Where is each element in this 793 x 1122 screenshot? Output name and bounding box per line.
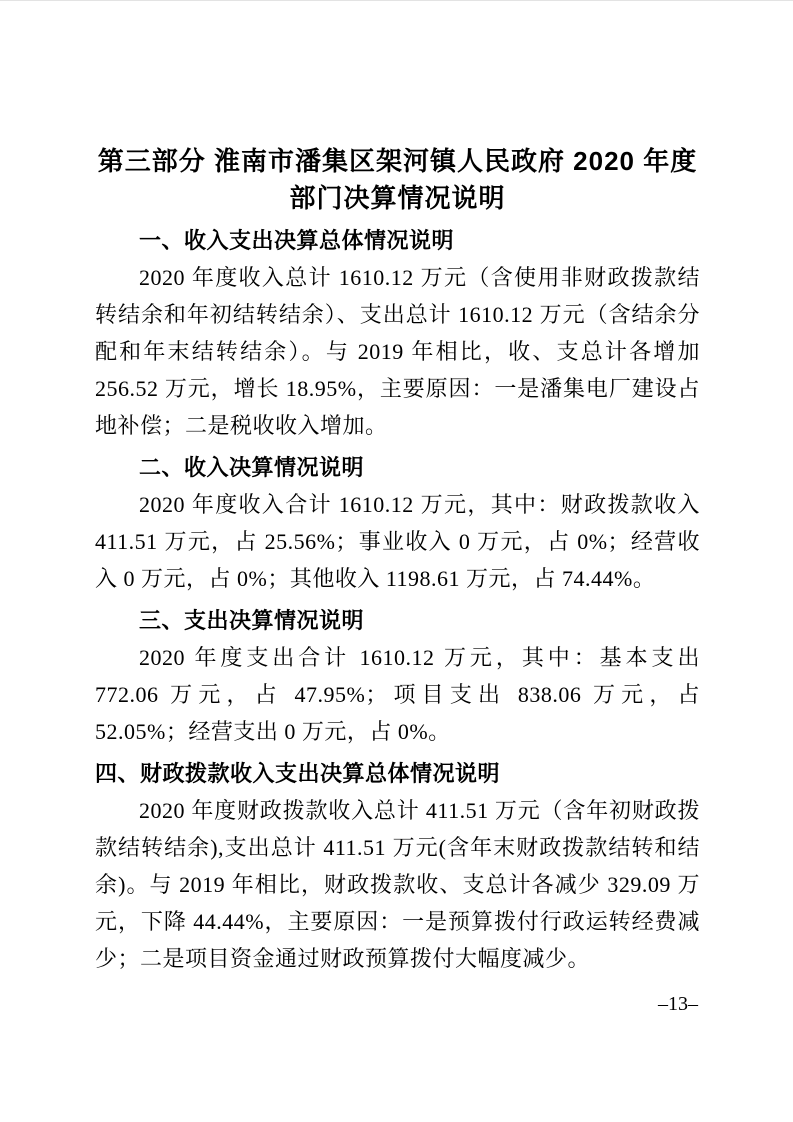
document-title: 第三部分 淮南市潘集区架河镇人民政府 2020 年度 部门决算情况说明	[95, 143, 700, 217]
section-2-heading: 二、收入决算情况说明	[95, 449, 700, 486]
section-4-paragraph: 2020 年度财政拨款收入总计 411.51 万元（含年初财政拨款结转结余),支…	[95, 792, 700, 977]
section-1-heading: 一、收入支出决算总体情况说明	[95, 222, 700, 259]
document-title-line2: 部门决算情况说明	[95, 180, 700, 217]
section-2-paragraph: 2020 年度收入合计 1610.12 万元，其中：财政拨款收入 411.51 …	[95, 486, 700, 597]
section-3-heading: 三、支出决算情况说明	[95, 602, 700, 639]
section-expenditure-final-accounts: 三、支出决算情况说明 2020 年度支出合计 1610.12 万元，其中：基本支…	[95, 602, 700, 750]
document-page: 第三部分 淮南市潘集区架河镇人民政府 2020 年度 部门决算情况说明 一、收入…	[0, 0, 793, 1122]
section-fiscal-appropriation-overview: 四、财政拨款收入支出决算总体情况说明 2020 年度财政拨款收入总计 411.5…	[95, 755, 700, 977]
section-4-heading: 四、财政拨款收入支出决算总体情况说明	[95, 755, 700, 792]
section-1-paragraph: 2020 年度收入总计 1610.12 万元（含使用非财政拨款结转结余和年初结转…	[95, 259, 700, 444]
section-3-paragraph: 2020 年度支出合计 1610.12 万元，其中：基本支出 772.06 万元…	[95, 639, 700, 750]
section-income-expenditure-overview: 一、收入支出决算总体情况说明 2020 年度收入总计 1610.12 万元（含使…	[95, 222, 700, 444]
page-number: –13–	[658, 992, 698, 1016]
section-income-final-accounts: 二、收入决算情况说明 2020 年度收入合计 1610.12 万元，其中：财政拨…	[95, 449, 700, 597]
document-title-line1: 第三部分 淮南市潘集区架河镇人民政府 2020 年度	[95, 143, 700, 180]
